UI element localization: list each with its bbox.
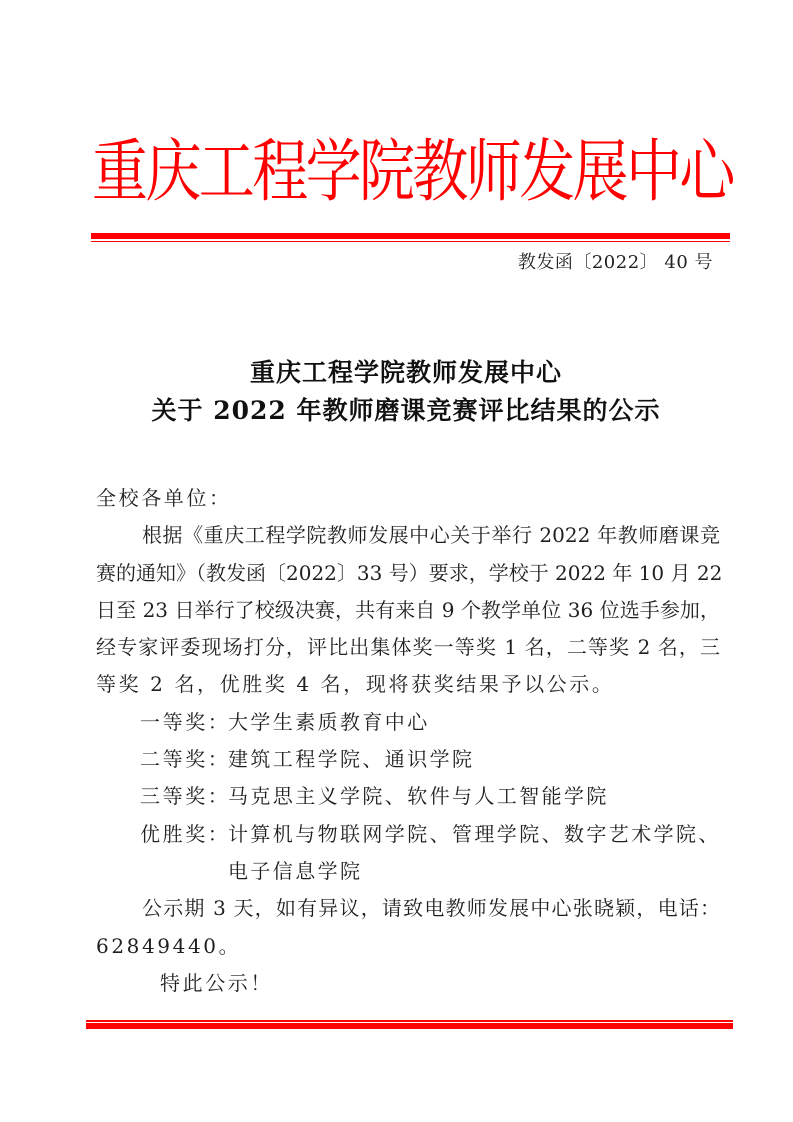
- paragraph-line: 根据《重庆工程学院教师发展中心关于举行 2022 年教师磨课竞: [96, 517, 720, 554]
- footer-rule-thin: [86, 1020, 733, 1022]
- award-label: 优胜奖：: [140, 816, 228, 853]
- letterhead-rule-thin: [91, 241, 730, 243]
- paragraph-line: 赛的通知》（教发函〔2022〕33 号）要求，学校于 2022 年 10 月 2…: [96, 555, 720, 592]
- closing-statement: 特此公示！: [96, 965, 720, 1002]
- document-number: 教发函〔2022〕 40 号: [518, 250, 713, 276]
- title-line-2: 关于 2022 年教师磨课竞赛评比结果的公示: [96, 392, 716, 430]
- award-value: 马克思主义学院、软件与人工智能学院: [228, 778, 609, 815]
- document-page: 重庆工程学院教师发展中心 教发函〔2022〕 40 号 重庆工程学院教师发展中心…: [0, 0, 793, 1122]
- award-value: 大学生素质教育中心: [228, 704, 430, 741]
- award-first-prize: 一等奖： 大学生素质教育中心: [96, 704, 720, 741]
- paragraph-announcement: 根据《重庆工程学院教师发展中心关于举行 2022 年教师磨课竞 赛的通知》（教发…: [96, 517, 720, 703]
- footer-rule-thick: [86, 1023, 733, 1029]
- award-second-prize: 二等奖： 建筑工程学院、通识学院: [96, 741, 720, 778]
- document-title: 重庆工程学院教师发展中心 关于 2022 年教师磨课竞赛评比结果的公示: [96, 354, 716, 430]
- award-label: 三等奖：: [140, 778, 228, 815]
- document-body: 全校各单位： 根据《重庆工程学院教师发展中心关于举行 2022 年教师磨课竞 赛…: [96, 480, 720, 1002]
- award-value: 计算机与物联网学院、管理学院、数字艺术学院、: [228, 816, 721, 853]
- award-third-prize: 三等奖： 马克思主义学院、软件与人工智能学院: [96, 778, 720, 815]
- paragraph-line: 经专家评委现场打分，评比出集体奖一等奖 1 名，二等奖 2 名，三: [96, 629, 720, 666]
- letterhead-title: 重庆工程学院教师发展中心: [92, 118, 722, 228]
- award-label: 二等奖：: [140, 741, 228, 778]
- paragraph-notice: 公示期 3 天，如有异议，请致电教师发展中心张晓颖，电话： 62849440。: [96, 890, 720, 965]
- paragraph-line: 日至 23 日举行了校级决赛，共有来自 9 个教学单位 36 位选手参加，: [96, 592, 720, 629]
- award-value: 建筑工程学院、通识学院: [228, 741, 474, 778]
- award-excellence-prize: 优胜奖： 计算机与物联网学院、管理学院、数字艺术学院、: [96, 816, 720, 853]
- award-list: 一等奖： 大学生素质教育中心 二等奖： 建筑工程学院、通识学院 三等奖： 马克思…: [96, 704, 720, 890]
- title-line-1: 重庆工程学院教师发展中心: [96, 354, 716, 392]
- paragraph-line: 等奖 2 名，优胜奖 4 名，现将获奖结果予以公示。: [96, 666, 720, 703]
- award-label: 一等奖：: [140, 704, 228, 741]
- salutation: 全校各单位：: [96, 480, 720, 517]
- notice-line: 公示期 3 天，如有异议，请致电教师发展中心张晓颖，电话：: [96, 890, 720, 927]
- award-excellence-continuation: 电子信息学院: [96, 853, 720, 890]
- letterhead-rule-thick: [91, 233, 730, 239]
- notice-line: 62849440。: [96, 928, 720, 965]
